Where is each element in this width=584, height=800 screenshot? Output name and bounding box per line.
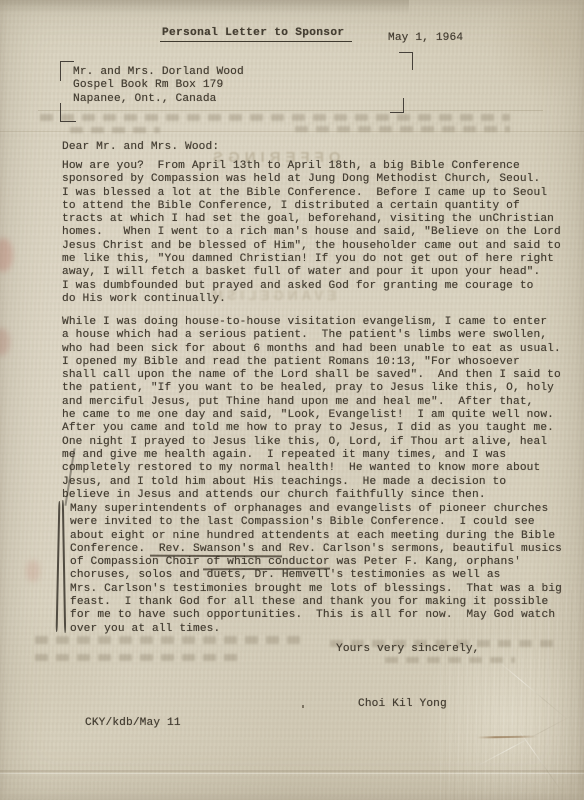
edge-stain (0, 328, 10, 356)
paragraph-2: While I was doing house-to-house visitat… (62, 316, 561, 502)
wrinkle-line (517, 727, 564, 793)
show-through-smudge (295, 126, 510, 132)
crease-line (0, 770, 584, 772)
crop-mark-top-right (399, 52, 413, 70)
show-through-smudge (35, 636, 305, 644)
show-through-rule (38, 110, 543, 111)
show-through-smudge (35, 654, 240, 661)
recipient-address: Mr. and Mrs. Dorland Wood Gospel Book Rm… (73, 66, 244, 106)
letter-date: May 1, 1964 (388, 32, 463, 45)
show-through-smudge (40, 114, 510, 121)
wrinkle-line (476, 714, 574, 767)
show-through-smudge (385, 657, 515, 663)
paragraph-1: How are you? From April 13th to April 18… (62, 160, 561, 306)
paragraph-3: Many superintendents of orphanages and e… (70, 503, 562, 636)
salutation: Dear Mr. and Mrs. Wood: (62, 141, 219, 154)
typist-reference: CKY/kdb/May 11 (85, 717, 181, 730)
letter-page: OFFERINGS EVANGELISM Personal Letter to … (0, 0, 584, 800)
edge-stain (0, 238, 13, 272)
crop-mark-bottom-right (390, 98, 404, 113)
top-edge-shadow (0, 0, 409, 14)
margin-emphasis-mark (62, 500, 66, 633)
address-line: Mr. and Mrs. Dorland Wood (73, 66, 244, 79)
crease-line (0, 773, 584, 774)
edge-stain (26, 560, 40, 582)
letter-title: Personal Letter to Sponsor (160, 27, 352, 42)
show-through-smudge (70, 127, 160, 133)
wrinkle-line (498, 661, 568, 720)
crease-scratch (477, 735, 537, 738)
stray-ink-dot (302, 705, 304, 708)
address-line: Napanee, Ont., Canada (73, 93, 244, 106)
address-line: Gospel Book Rm Box 179 (73, 79, 244, 92)
signature-name: Choi Kil Yong (358, 698, 447, 711)
show-through-rule (0, 131, 584, 132)
valediction: Yours very sincerely, (336, 643, 480, 656)
crop-mark-top-left (60, 61, 74, 81)
margin-emphasis-mark (56, 501, 61, 632)
